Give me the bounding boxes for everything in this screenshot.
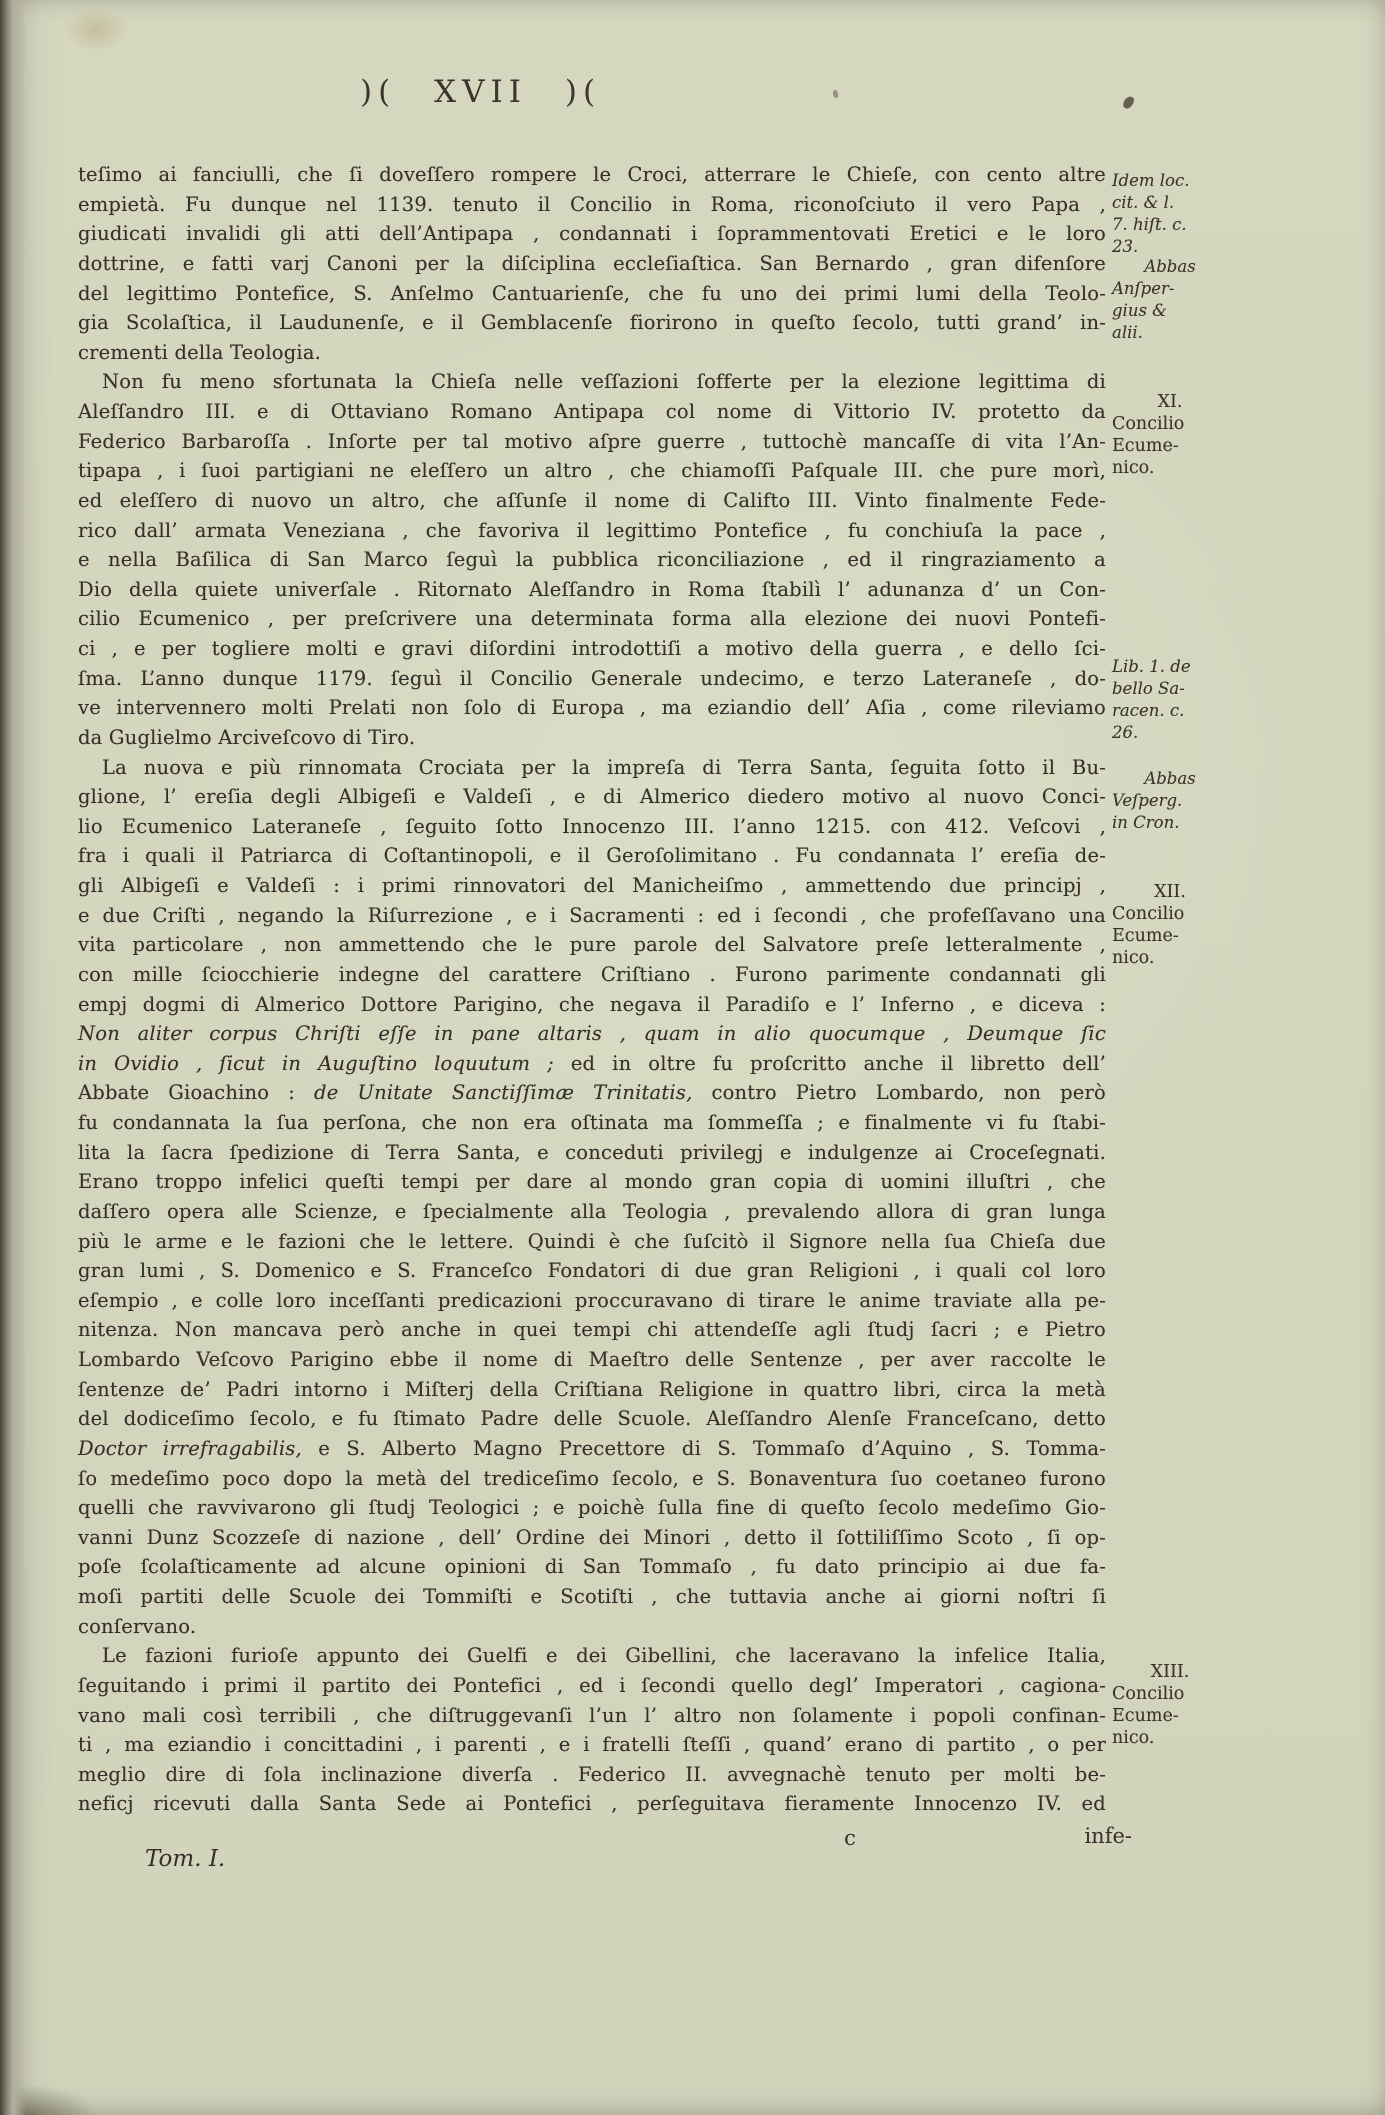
body-line: gia Scolaſtica, il Laudunenſe, e il Gemb… xyxy=(78,308,1106,338)
margin-note-line: Concilio xyxy=(1112,904,1242,926)
text-segment: Abbate Gioachino : xyxy=(78,1081,314,1104)
text-segment: ci , e per togliere molti e gravi diſord… xyxy=(78,637,1106,660)
body-line: La nuova e più rinnomata Crociata per la… xyxy=(78,753,1106,783)
page-number-header: )( XVII )( xyxy=(360,74,601,110)
margin-note-line: Concilio xyxy=(1112,414,1242,436)
text-segment: da Guglielmo Arciveſcovo di Tiro. xyxy=(78,726,415,749)
text-segment: empietà. Fu dunque nel 1139. tenuto il C… xyxy=(78,193,1106,216)
text-segment: Dio della quiete univerſale . Ritornato … xyxy=(78,578,1106,601)
margin-note-citation: Lib. 1. debello Sa-racen. c.26. xyxy=(1112,656,1242,744)
body-line: ſo medeſimo poco dopo la metà del tredic… xyxy=(78,1464,1106,1494)
text-segment: nitenza. Non mancava però anche in quei … xyxy=(78,1318,1106,1341)
body-line: Non aliter corpus Chriſti eſſe in pane a… xyxy=(78,1019,1106,1049)
margin-note-line: cit. & l. xyxy=(1112,192,1242,214)
body-line: neficj ricevuti dalla Santa Sede ai Pont… xyxy=(78,1789,1106,1819)
body-line: moſi partiti delle Scuole dei Tommiſti e… xyxy=(78,1582,1106,1612)
body-line: quelli che ravvivarono gli ſtudj Teologi… xyxy=(78,1493,1106,1523)
text-segment: gran lumi , S. Domenico e S. Franceſco F… xyxy=(78,1259,1106,1282)
body-line: ed eleſſero di nuovo un altro, che aſſun… xyxy=(78,486,1106,516)
body-line: vanni Dunz Scozzeſe di nazione , dell’ O… xyxy=(78,1523,1106,1553)
body-line: ſentenze de’ Padri intorno i Miſterj del… xyxy=(78,1375,1106,1405)
text-segment: Aleſſandro III. e di Ottaviano Romano An… xyxy=(78,400,1106,423)
text-segment: rico dall’ armata Veneziana , che favori… xyxy=(78,519,1106,542)
body-line: e due Criſti , negando la Riſurrezione ,… xyxy=(78,901,1106,931)
body-line: rico dall’ armata Veneziana , che favori… xyxy=(78,516,1106,546)
text-segment: fra i quali il Patriarca di Coſtantinopo… xyxy=(78,844,1106,867)
body-line: Erano troppo infelici queſti tempi per d… xyxy=(78,1167,1106,1197)
body-line: del dodiceſimo ſecolo, e fu ſtimato Padr… xyxy=(78,1404,1106,1434)
body-line: daſſero opera alle Scienze, e ſpecialmen… xyxy=(78,1197,1106,1227)
italic-segment: Doctor irrefragabilis, xyxy=(78,1437,302,1460)
text-segment: Lombardo Veſcovo Parigino ebbe il nome d… xyxy=(78,1348,1106,1371)
body-line: Doctor irrefragabilis, e S. Alberto Magn… xyxy=(78,1434,1106,1464)
body-line: gran lumi , S. Domenico e S. Franceſco F… xyxy=(78,1256,1106,1286)
body-line: Federico Barbaroſſa . Inſorte per tal mo… xyxy=(78,427,1106,457)
text-segment: daſſero opera alle Scienze, e ſpecialmen… xyxy=(78,1200,1106,1223)
body-line: Dio della quiete univerſale . Ritornato … xyxy=(78,575,1106,605)
signature-mark: c xyxy=(830,1826,870,1850)
page-left-edge xyxy=(0,0,26,2115)
text-segment: poſe ſcolaſticamente ad alcune opinioni … xyxy=(78,1555,1106,1578)
text-segment: ed in oltre fu proſcritto anche il libre… xyxy=(571,1052,1106,1075)
volume-label: Tom. I. xyxy=(145,1846,225,1872)
text-segment: ſma. L’anno dunque 1179. ſeguì il Concil… xyxy=(78,667,1106,690)
body-line: vita particolare , non ammettendo che le… xyxy=(78,930,1106,960)
body-text: teſimo ai fanciulli, che ſi doveſſero ro… xyxy=(78,160,1106,1819)
text-segment: meglio dire di ſola inclinazione diverſa… xyxy=(78,1763,1106,1786)
body-line: e nella Baſilica di San Marco ſeguì la p… xyxy=(78,545,1106,575)
body-line: ti , ma eziandio i concittadini , i pare… xyxy=(78,1730,1106,1760)
body-line: fu condannata la ſua perſona, che non er… xyxy=(78,1108,1106,1138)
ink-speck xyxy=(1121,95,1135,111)
body-line: lita la ſacra ſpedizione di Terra Santa,… xyxy=(78,1138,1106,1168)
margin-note-line: Concilio xyxy=(1112,1684,1242,1706)
text-segment: vano mali così terribili , che diſtrugge… xyxy=(78,1704,1106,1727)
margin-note-line: Veſperg. xyxy=(1112,790,1242,812)
italic-segment: Non aliter corpus Chriſti eſſe in pane a… xyxy=(78,1022,1106,1045)
margin-note-citation: Idem loc.cit. & l.7. hiſt. c.23. xyxy=(1112,170,1242,258)
text-segment: Le fazioni furioſe appunto dei Guelfi e … xyxy=(102,1644,1106,1667)
text-segment: eſempio , e colle loro inceſſanti predic… xyxy=(78,1289,1106,1312)
margin-note-line: Ecume- xyxy=(1112,1706,1242,1728)
body-line: del legittimo Pontefice, S. Anſelmo Cant… xyxy=(78,279,1106,309)
body-line: Le fazioni furioſe appunto dei Guelfi e … xyxy=(78,1641,1106,1671)
body-line: fra i quali il Patriarca di Coſtantinopo… xyxy=(78,841,1106,871)
body-line: con mille ſciocchierie indegne del carat… xyxy=(78,960,1106,990)
text-segment: giudicati invalidi gli atti dell’Antipap… xyxy=(78,222,1106,245)
text-segment: empj dogmi di Almerico Dottore Parigino,… xyxy=(78,993,1106,1016)
body-line: nitenza. Non mancava però anche in quei … xyxy=(78,1315,1106,1345)
text-segment: moſi partiti delle Scuole dei Tommiſti e… xyxy=(78,1585,1106,1608)
text-segment: tipapa , i ſuoi partigiani ne eleſſero u… xyxy=(78,459,1106,482)
text-segment: Federico Barbaroſſa . Inſorte per tal mo… xyxy=(78,430,1106,453)
text-segment: fu condannata la ſua perſona, che non er… xyxy=(78,1111,1106,1134)
body-line: eſempio , e colle loro inceſſanti predic… xyxy=(78,1286,1106,1316)
body-line: lio Ecumenico Lateraneſe , ſeguito ſotto… xyxy=(78,812,1106,842)
margin-note-council-xi: XI.ConcilioEcume-nico. xyxy=(1112,392,1242,480)
text-segment: crementi della Teologia. xyxy=(78,341,321,364)
body-line: conſervano. xyxy=(78,1612,1106,1642)
margin-note-line: racen. c. xyxy=(1112,700,1242,722)
text-segment: ſentenze de’ Padri intorno i Miſterj del… xyxy=(78,1378,1106,1401)
margin-note-citation: AbbasAnſper-gius &alii. xyxy=(1112,256,1242,344)
catchword: infe- xyxy=(1058,1824,1132,1848)
text-segment: e nella Baſilica di San Marco ſeguì la p… xyxy=(78,548,1106,571)
text-segment: ed eleſſero di nuovo un altro, che aſſun… xyxy=(78,489,1106,512)
margin-note-line: 23. xyxy=(1112,236,1242,258)
text-segment: gli Albigeſi e Valdeſi : i primi rinnova… xyxy=(78,874,1106,897)
margin-note-line: XI. xyxy=(1112,392,1242,414)
body-line: poſe ſcolaſticamente ad alcune opinioni … xyxy=(78,1552,1106,1582)
text-segment: e due Criſti , negando la Riſurrezione ,… xyxy=(78,904,1106,927)
body-line: teſimo ai fanciulli, che ſi doveſſero ro… xyxy=(78,160,1106,190)
italic-segment: in Ovidio , ſicut in Auguſtino loquutum … xyxy=(78,1052,571,1075)
body-line: Lombardo Veſcovo Parigino ebbe il nome d… xyxy=(78,1345,1106,1375)
body-line: meglio dire di ſola inclinazione diverſa… xyxy=(78,1760,1106,1790)
text-segment: Non fu meno sfortunata la Chieſa nelle v… xyxy=(102,370,1106,393)
text-segment: ſeguitando i primi il partito dei Pontef… xyxy=(78,1674,1106,1697)
text-segment: gia Scolaſtica, il Laudunenſe, e il Gemb… xyxy=(78,311,1106,334)
body-line: glione, l’ ereſia degli Albigeſi e Valde… xyxy=(78,782,1106,812)
text-segment: teſimo ai fanciulli, che ſi doveſſero ro… xyxy=(78,163,1106,186)
body-line: empietà. Fu dunque nel 1139. tenuto il C… xyxy=(78,190,1106,220)
margin-note-line: nico. xyxy=(1112,948,1242,970)
text-segment: ti , ma eziandio i concittadini , i pare… xyxy=(78,1733,1106,1756)
body-line: dottrine, e fatti varj Canoni per la diſ… xyxy=(78,249,1106,279)
text-segment: vanni Dunz Scozzeſe di nazione , dell’ O… xyxy=(78,1526,1106,1549)
text-segment: ve intervennero molti Prelati non ſolo d… xyxy=(78,696,1106,719)
text-segment: lita la ſacra ſpedizione di Terra Santa,… xyxy=(78,1141,1106,1164)
body-line: ſeguitando i primi il partito dei Pontef… xyxy=(78,1671,1106,1701)
margin-note-council-xiii: XIII.ConcilioEcume-nico. xyxy=(1112,1662,1242,1750)
margin-note-line: nico. xyxy=(1112,1728,1242,1750)
text-segment: più le arme e le fazioni che le lettere.… xyxy=(78,1230,1106,1253)
text-segment: vita particolare , non ammettendo che le… xyxy=(78,933,1106,956)
text-segment: del legittimo Pontefice, S. Anſelmo Cant… xyxy=(78,282,1106,305)
margin-note-line: Abbas xyxy=(1112,256,1242,278)
text-segment: neficj ricevuti dalla Santa Sede ai Pont… xyxy=(78,1792,1106,1815)
body-line: empj dogmi di Almerico Dottore Parigino,… xyxy=(78,990,1106,1020)
body-line: ve intervennero molti Prelati non ſolo d… xyxy=(78,693,1106,723)
body-line: cilio Ecumenico , per preſcrivere una de… xyxy=(78,604,1106,634)
body-line: Aleſſandro III. e di Ottaviano Romano An… xyxy=(78,397,1106,427)
margin-note-line: alii. xyxy=(1112,322,1242,344)
margin-note-line: in Cron. xyxy=(1112,812,1242,834)
body-line: Abbate Gioachino : de Unitate Sanctiſſim… xyxy=(78,1078,1106,1108)
body-line: crementi della Teologia. xyxy=(78,338,1106,368)
text-segment: glione, l’ ereſia degli Albigeſi e Valde… xyxy=(78,785,1106,808)
margin-note-line: Ecume- xyxy=(1112,436,1242,458)
margin-note-line: 26. xyxy=(1112,722,1242,744)
text-segment: contro Pietro Lombardo, non però xyxy=(692,1081,1106,1104)
margin-note-line: gius & xyxy=(1112,300,1242,322)
body-line: ſma. L’anno dunque 1179. ſeguì il Concil… xyxy=(78,664,1106,694)
text-segment: dottrine, e fatti varj Canoni per la diſ… xyxy=(78,252,1106,275)
margin-note-line: bello Sa- xyxy=(1112,678,1242,700)
margin-note-citation: AbbasVeſperg.in Cron. xyxy=(1112,768,1242,834)
italic-segment: de Unitate Sanctiſſimæ Trinitatis, xyxy=(314,1081,692,1104)
ink-speck xyxy=(832,89,839,98)
margin-note-line: Ecume- xyxy=(1112,926,1242,948)
book-page: )( XVII )( teſimo ai fanciulli, che ſi d… xyxy=(0,0,1385,2115)
text-segment: Erano troppo infelici queſti tempi per d… xyxy=(78,1170,1106,1193)
body-line: ci , e per togliere molti e gravi diſord… xyxy=(78,634,1106,664)
margin-note-line: Abbas xyxy=(1112,768,1242,790)
margin-note-line: Lib. 1. de xyxy=(1112,656,1242,678)
margin-note-line: 7. hiſt. c. xyxy=(1112,214,1242,236)
body-line: giudicati invalidi gli atti dell’Antipap… xyxy=(78,219,1106,249)
margin-note-line: XII. xyxy=(1112,882,1242,904)
margin-note-line: XIII. xyxy=(1112,1662,1242,1684)
body-line: gli Albigeſi e Valdeſi : i primi rinnova… xyxy=(78,871,1106,901)
margin-note-line: nico. xyxy=(1112,458,1242,480)
body-line: più le arme e le fazioni che le lettere.… xyxy=(78,1227,1106,1257)
text-segment: del dodiceſimo ſecolo, e fu ſtimato Padr… xyxy=(78,1407,1106,1430)
margin-note-line: Anſper- xyxy=(1112,278,1242,300)
text-segment: e S. Alberto Magno Precettore di S. Tomm… xyxy=(302,1437,1106,1460)
text-segment: La nuova e più rinnomata Crociata per la… xyxy=(102,756,1106,779)
text-segment: lio Ecumenico Lateraneſe , ſeguito ſotto… xyxy=(78,815,1106,838)
body-line: Non fu meno sfortunata la Chieſa nelle v… xyxy=(78,367,1106,397)
text-segment: cilio Ecumenico , per preſcrivere una de… xyxy=(78,607,1106,630)
text-segment: ſo medeſimo poco dopo la metà del tredic… xyxy=(78,1467,1106,1490)
body-line: da Guglielmo Arciveſcovo di Tiro. xyxy=(78,723,1106,753)
body-line: tipapa , i ſuoi partigiani ne eleſſero u… xyxy=(78,456,1106,486)
text-segment: conſervano. xyxy=(78,1615,196,1638)
body-line: in Ovidio , ſicut in Auguſtino loquutum … xyxy=(78,1049,1106,1079)
margin-note-council-xii: XII.ConcilioEcume-nico. xyxy=(1112,882,1242,970)
margin-note-line: Idem loc. xyxy=(1112,170,1242,192)
text-segment: con mille ſciocchierie indegne del carat… xyxy=(78,963,1106,986)
body-line: vano mali così terribili , che diſtrugge… xyxy=(78,1701,1106,1731)
text-segment: quelli che ravvivarono gli ſtudj Teologi… xyxy=(78,1496,1106,1519)
